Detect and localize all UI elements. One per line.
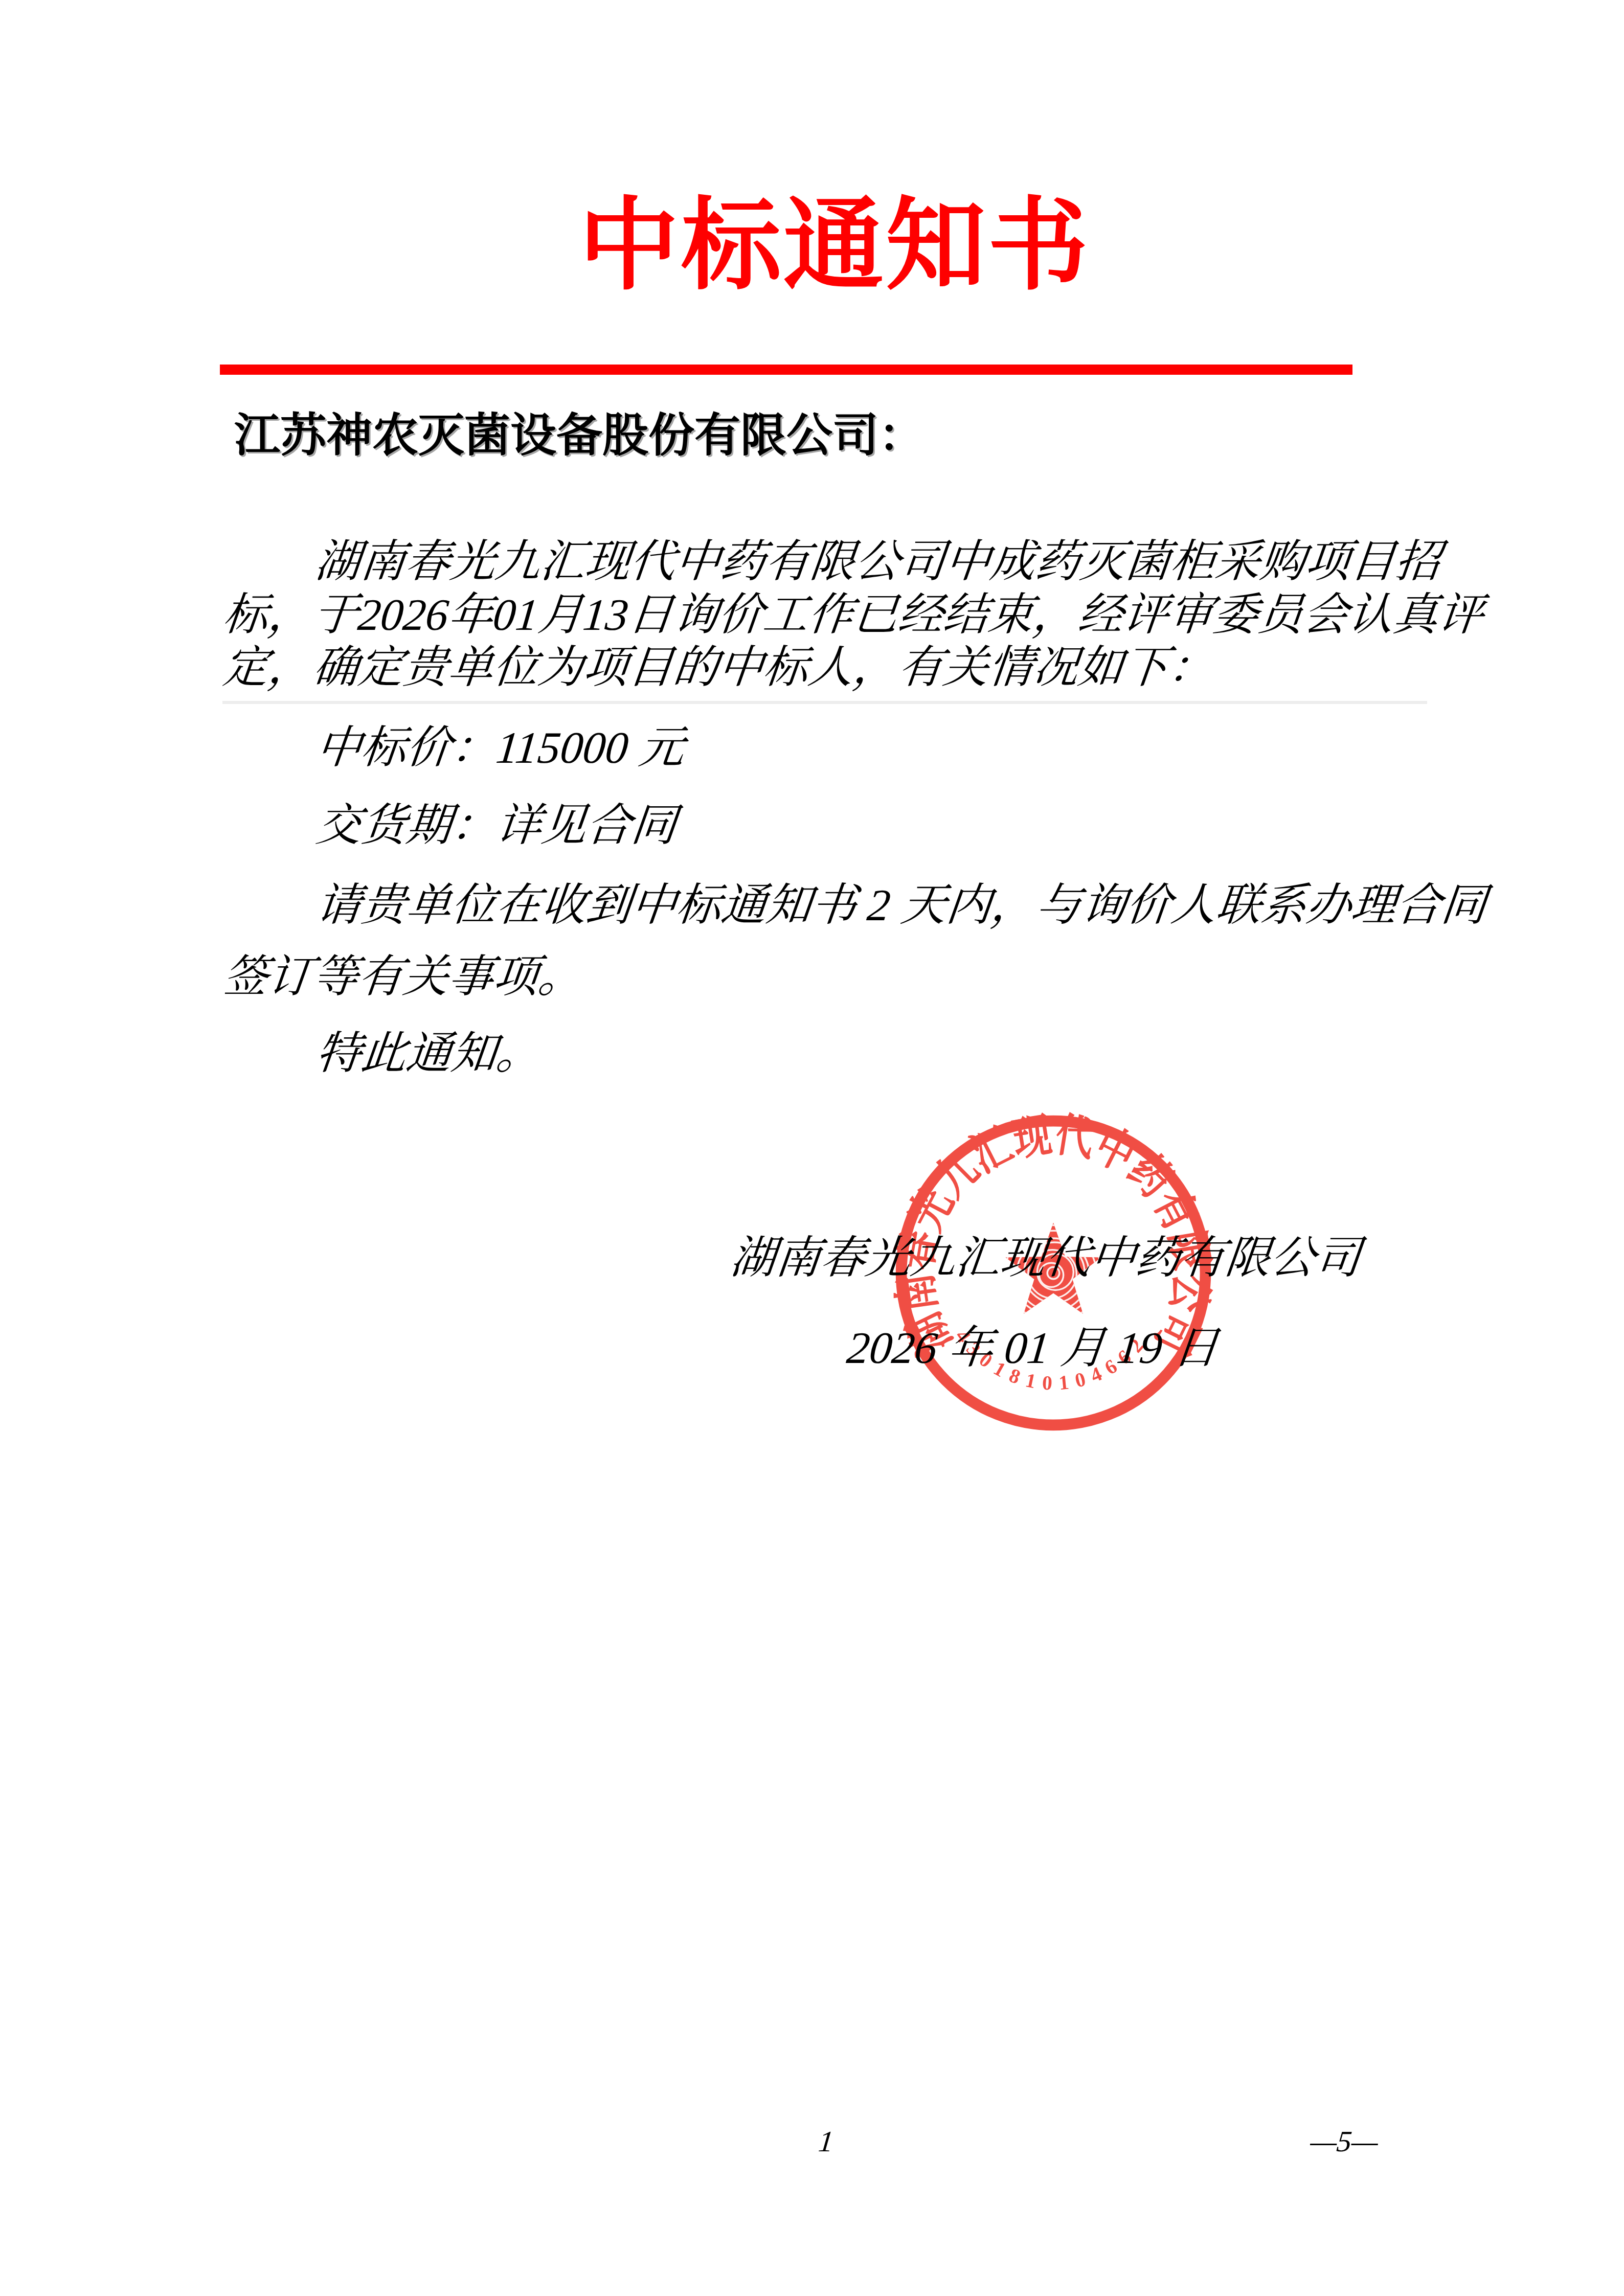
bid-price-line: 中标价：115000 元 <box>314 726 687 771</box>
seal-graphic: 湖南春光九汇现代中药有限公司 4301810104662 <box>887 1107 1220 1439</box>
footer-page-number: 1 <box>817 2127 835 2156</box>
seal-serial-number: 4301810104662 <box>951 1326 1148 1395</box>
body-line: 定，确定贵单位为项目的中标人，有关情况如下： <box>221 646 1215 691</box>
delivery-line: 交货期：详见合同 <box>314 804 679 849</box>
seal-star-icon <box>1005 1223 1101 1322</box>
body-line: 湖南春光九汇现代中药有限公司中成药灭菌柜采购项目招 <box>313 540 1442 585</box>
company-seal: 湖南春光九汇现代中药有限公司 4301810104662 <box>887 1107 1220 1439</box>
faint-divider <box>222 701 1427 704</box>
title-divider-rule <box>220 365 1352 375</box>
recipient-line: 江苏神农灭菌设备股份有限公司： <box>234 413 924 459</box>
footer-sheet-number: —5— <box>1309 2127 1380 2156</box>
document-title: 中标通知书 <box>579 196 1090 297</box>
page: { "document": { "title": "中标通知书", "recip… <box>0 0 1624 2296</box>
closing-line: 请贵单位在收到中标通知书 2 天内，与询价人联系办理合同 <box>314 883 1488 928</box>
closing-line: 签订等有关事项。 <box>221 955 585 1000</box>
closing-line: 特此通知。 <box>314 1032 544 1077</box>
body-line: 标，于2026年01月13日询价工作已经结束，经评审委员会认真评 <box>221 593 1485 638</box>
